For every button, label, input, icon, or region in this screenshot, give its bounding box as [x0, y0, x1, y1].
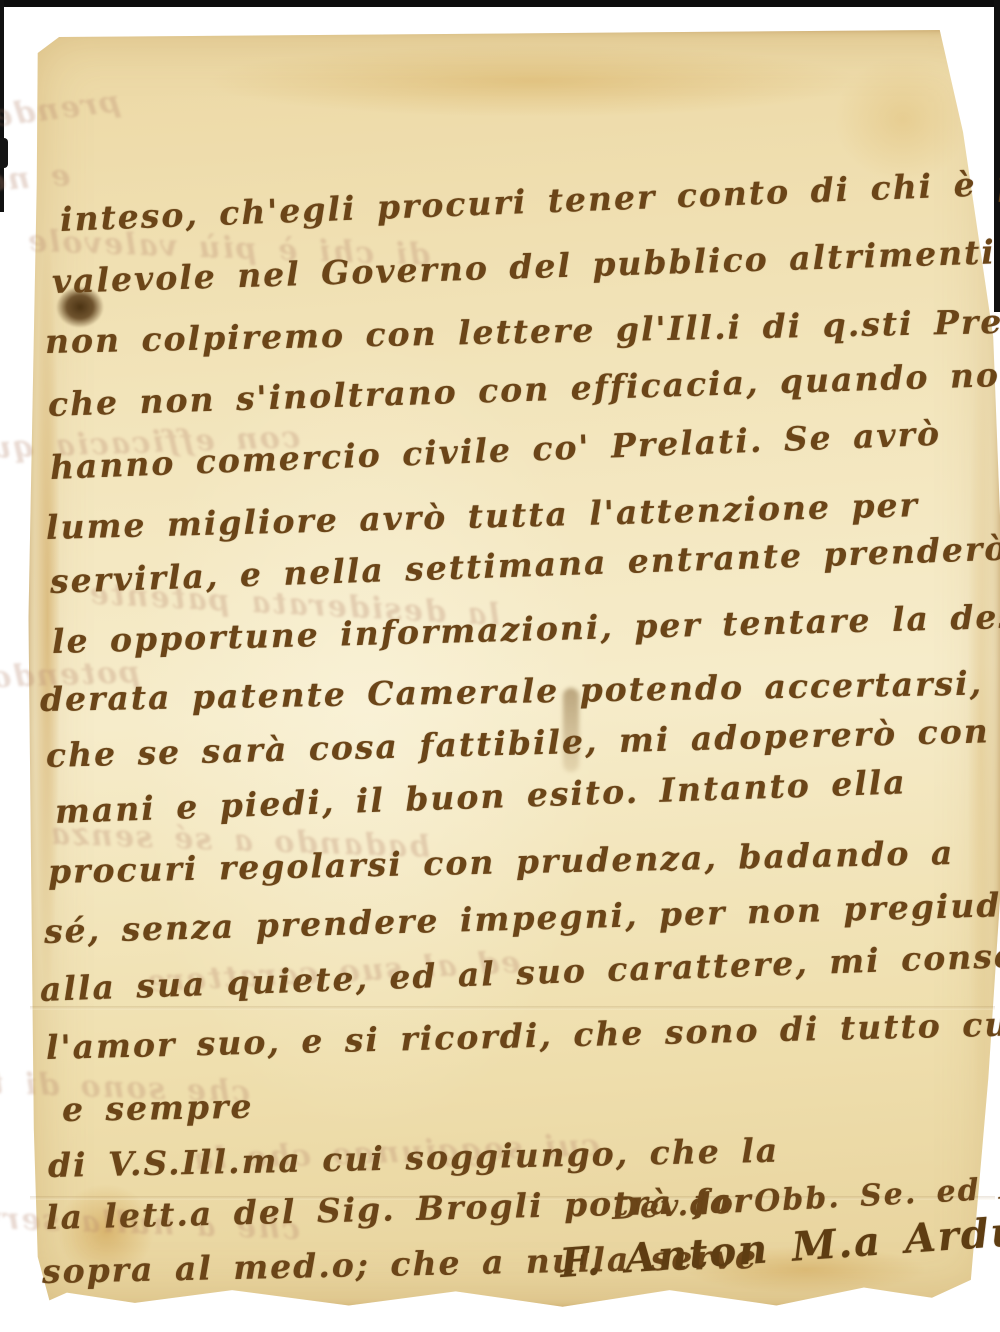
scanner-edge-top — [0, 0, 1000, 7]
manuscript-line: e sempre — [62, 1087, 254, 1129]
scanned-letter-page: { "letter": { "ink_color": "#6b4518", "p… — [0, 0, 1000, 1332]
